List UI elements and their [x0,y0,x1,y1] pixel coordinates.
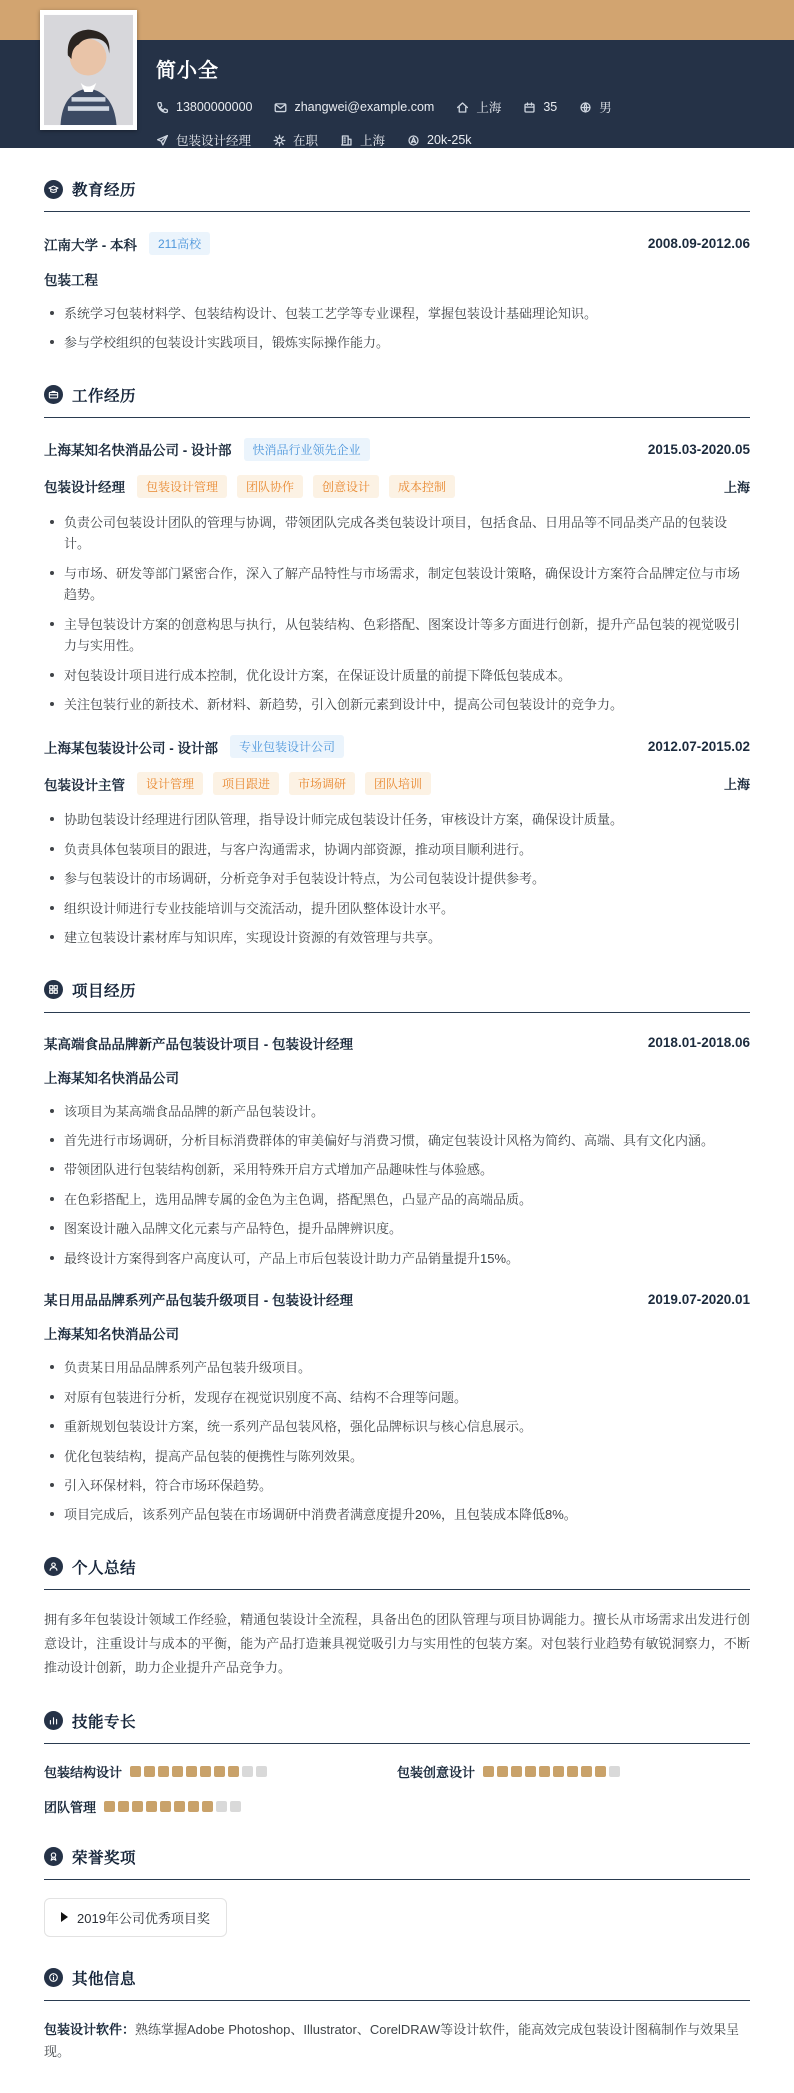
job-title: 包装设计主管 [44,774,125,794]
bullet: 负责具体包装项目的跟进，与客户沟通需求，协调内部资源，推动项目顺利进行。 [44,839,750,860]
skill-square-empty [609,1766,620,1777]
keyword-tags: 设计管理 项目跟进 市场调研 团队培训 [137,772,431,795]
email-item: zhangwei@example.com [274,100,434,114]
work-location: 上海 [724,477,750,496]
status-icon [273,134,286,147]
project-entry: 某日用品品牌系列产品包装升级项目 - 包装设计经理 2019.07-2020.0… [44,1289,750,1526]
bullet: 项目完成后，该系列产品包装在市场调研中消费者满意度提升20%，且包装成本降低8%… [44,1504,750,1525]
keyword-tag: 设计管理 [137,772,203,795]
project-company: 上海某知名快消品公司 [44,1323,179,1343]
keyword-tag: 成本控制 [389,475,455,498]
candidate-name: 简小全 [156,54,754,83]
skill-name: 包装结构设计 [44,1762,122,1781]
position-value: 包装设计经理 [176,131,251,149]
briefcase-icon [44,385,63,404]
skill-square-filled [160,1801,171,1812]
bullet: 建立包装设计素材库与知识库，实现设计资源的有效管理与共享。 [44,927,750,948]
work-date: 2012.07-2015.02 [648,739,750,754]
avatar [40,10,137,130]
skill-square-empty [216,1801,227,1812]
company-name: 上海某包装设计公司 - 设计部 [44,737,218,757]
skill-square-filled [228,1766,239,1777]
company-tag: 快消品行业领先企业 [244,438,370,461]
medal-icon [44,1847,63,1866]
skill-square-filled [172,1766,183,1777]
project-bullets: 负责某日用品品牌系列产品包装升级项目。 对原有包装进行分析，发现存在视觉识别度不… [44,1357,750,1526]
bullet: 与市场、研发等部门紧密合作，深入了解产品特性与市场需求，制定包装设计策略，确保设… [44,563,750,606]
section-title: 其他信息 [72,1967,136,1989]
job-title: 包装设计经理 [44,476,125,496]
project-company: 上海某知名快消品公司 [44,1067,179,1087]
keyword-tag: 创意设计 [313,475,379,498]
keyword-tag: 包装设计管理 [137,475,227,498]
section-projects-header: 项目经历 [44,979,750,1013]
salary-value: 20k-25k [427,133,471,147]
bullet: 主导包装设计方案的创意构思与执行，从包装结构、色彩搭配、图案设计等多方面进行创新… [44,614,750,657]
skill-square-filled [186,1766,197,1777]
person-icon [44,1557,63,1576]
skill-square-filled [174,1801,185,1812]
salary-item: 20k-25k [407,133,471,147]
bullet: 重新规划包装设计方案，统一系列产品包装风格，强化品牌标识与核心信息展示。 [44,1416,750,1437]
skill-level-bar [130,1766,267,1777]
skill-square-filled [158,1766,169,1777]
gender-value: 男 [599,98,612,116]
bullet: 协助包装设计经理进行团队管理，指导设计师完成包装设计任务，审核设计方案，确保设计… [44,809,750,830]
phone-item: 13800000000 [156,100,252,114]
work-city-item: 上海 [340,131,385,149]
skill-square-filled [144,1766,155,1777]
skill-square-filled [595,1766,606,1777]
education-entry: 江南大学 - 本科 211高校 2008.09-2012.06 包装工程 系统学… [44,232,750,354]
keyword-tag: 团队协作 [237,475,303,498]
play-triangle-icon [61,1912,68,1922]
project-title: 某高端食品品牌新产品包装设计项目 - 包装设计经理 [44,1033,353,1053]
education-date: 2008.09-2012.06 [648,236,750,251]
email-icon [274,101,287,114]
project-entry: 某高端食品品牌新产品包装设计项目 - 包装设计经理 2018.01-2018.0… [44,1033,750,1270]
skill-square-filled [525,1766,536,1777]
project-grid-icon [44,980,63,999]
other-info-line: 包装设计软件：熟练掌握Adobe Photoshop、Illustrator、C… [44,2019,750,2063]
project-date: 2019.07-2020.01 [648,1292,750,1307]
gender-item: 男 [579,98,612,116]
skill-square-filled [581,1766,592,1777]
status-value: 在职 [293,131,318,149]
section-title: 项目经历 [72,979,136,1001]
keyword-tags: 包装设计管理 团队协作 创意设计 成本控制 [137,475,455,498]
bullet: 负责公司包装设计团队的管理与协调，带领团队完成各类包装设计项目，包括食品、日用品… [44,512,750,555]
summary-paragraph: 拥有多年包装设计领域工作经验，精通包装设计全流程，具备出色的团队管理与项目协调能… [44,1608,750,1680]
skill-item: 包装结构设计 [44,1762,397,1781]
phone-value: 13800000000 [176,100,252,114]
skill-level-bar [104,1801,241,1812]
section-summary-header: 个人总结 [44,1556,750,1590]
skill-item: 包装创意设计 [397,1762,750,1781]
skill-square-filled [188,1801,199,1812]
skill-square-filled [132,1801,143,1812]
email-value: zhangwei@example.com [294,100,434,114]
age-value: 35 [543,100,557,114]
section-other-header: 其他信息 [44,1967,750,2001]
company-name: 上海某知名快消品公司 - 设计部 [44,439,232,459]
skill-square-filled [130,1766,141,1777]
bullet: 关注包装行业的新技术、新材料、新趋势，引入创新元素到设计中，提高公司包装设计的竞… [44,694,750,715]
skill-square-filled [483,1766,494,1777]
work-entry: 上海某知名快消品公司 - 设计部 快消品行业领先企业 2015.03-2020.… [44,438,750,716]
work-bullets: 负责公司包装设计团队的管理与协调，带领团队完成各类包装设计项目，包括食品、日用品… [44,512,750,716]
project-title: 某日用品品牌系列产品包装升级项目 - 包装设计经理 [44,1289,353,1309]
bullet: 对原有包装进行分析，发现存在视觉识别度不高、结构不合理等问题。 [44,1387,750,1408]
work-bullets: 协助包装设计经理进行团队管理，指导设计师完成包装设计任务，审核设计方案，确保设计… [44,809,750,948]
skill-square-filled [511,1766,522,1777]
bullet: 参与包装设计的市场调研，分析竞争对手包装设计特点，为公司包装设计提供参考。 [44,868,750,889]
resume-header: 简小全 13800000000 zhangwei@example.com 上海 … [0,40,794,148]
section-title: 技能专长 [72,1710,136,1732]
major: 包装工程 [44,269,98,289]
project-date: 2018.01-2018.06 [648,1035,750,1050]
skill-square-filled [104,1801,115,1812]
bullet: 首先进行市场调研，分析目标消费群体的审美偏好与消费习惯，确定包装设计风格为简约、… [44,1130,750,1151]
phone-icon [156,101,169,114]
contact-row-2: 包装设计经理 在职 上海 20k-25k [156,131,754,149]
bullet: 负责某日用品品牌系列产品包装升级项目。 [44,1357,750,1378]
project-bullets: 该项目为某高端食品品牌的新产品包装设计。 首先进行市场调研，分析目标消费群体的审… [44,1101,750,1270]
work-entry: 上海某包装设计公司 - 设计部 专业包装设计公司 2012.07-2015.02… [44,735,750,948]
bullet: 系统学习包装材料学、包装结构设计、包装工艺学等专业课程，掌握包装设计基础理论知识… [44,303,750,324]
skills-grid: 包装结构设计 包装创意设计 团队管理 [44,1762,750,1816]
bullet: 对包装设计项目进行成本控制，优化设计方案，在保证设计质量的前提下降低包装成本。 [44,665,750,686]
skill-square-filled [118,1801,129,1812]
skill-square-filled [497,1766,508,1777]
section-title: 工作经历 [72,384,136,406]
other-info-label: 包装设计软件： [44,2022,135,2037]
skill-square-filled [214,1766,225,1777]
bullet: 优化包装结构，提高产品包装的便携性与陈列效果。 [44,1446,750,1467]
section-skills-header: 技能专长 [44,1710,750,1744]
bullet: 带领团队进行包装结构创新，采用特殊开启方式增加产品趣味性与体验感。 [44,1159,750,1180]
section-education-header: 教育经历 [44,178,750,212]
age-icon [523,101,536,114]
keyword-tag: 市场调研 [289,772,355,795]
education-bullets: 系统学习包装材料学、包装结构设计、包装工艺学等专业课程，掌握包装设计基础理论知识… [44,303,750,354]
keyword-tag: 团队培训 [365,772,431,795]
salary-icon [407,134,420,147]
skill-chart-icon [44,1711,63,1730]
skill-name: 团队管理 [44,1797,96,1816]
bullet: 在色彩搭配上，选用品牌专属的金色为主色调，搭配黑色，凸显产品的高端品质。 [44,1189,750,1210]
bullet: 图案设计融入品牌文化元素与产品特色，提升品牌辨识度。 [44,1218,750,1239]
skill-square-filled [553,1766,564,1777]
honor-label: 2019年公司优秀项目奖 [77,1908,210,1927]
skill-square-empty [230,1801,241,1812]
age-item: 35 [523,100,557,114]
contact-row-1: 13800000000 zhangwei@example.com 上海 35 男 [156,98,754,116]
skill-square-filled [567,1766,578,1777]
skill-name: 包装创意设计 [397,1762,475,1781]
work-date: 2015.03-2020.05 [648,442,750,457]
bullet: 该项目为某高端食品品牌的新产品包装设计。 [44,1101,750,1122]
skill-square-filled [200,1766,211,1777]
skill-square-filled [202,1801,213,1812]
work-city-value: 上海 [360,131,385,149]
info-ribbon-icon [44,1968,63,1987]
section-work-header: 工作经历 [44,384,750,418]
position-item: 包装设计经理 [156,131,251,149]
section-honors-header: 荣誉奖项 [44,1846,750,1880]
status-item: 在职 [273,131,318,149]
keyword-tag: 项目跟进 [213,772,279,795]
other-info-text: 熟练掌握Adobe Photoshop、Illustrator、CorelDRA… [44,2022,739,2059]
bullet: 引入环保材料，符合市场环保趋势。 [44,1475,750,1496]
home-city-item: 上海 [456,98,501,116]
section-title: 荣誉奖项 [72,1846,136,1868]
home-city-value: 上海 [476,98,501,116]
position-icon [156,134,169,147]
bullet: 参与学校组织的包装设计实践项目，锻炼实际操作能力。 [44,332,750,353]
graduation-cap-icon [44,180,63,199]
skill-square-empty [242,1766,253,1777]
resume-body: 教育经历 江南大学 - 本科 211高校 2008.09-2012.06 包装工… [0,178,794,2093]
skill-square-filled [146,1801,157,1812]
skill-square-filled [539,1766,550,1777]
honor-award-button[interactable]: 2019年公司优秀项目奖 [44,1898,227,1937]
company-tag: 专业包装设计公司 [230,735,344,758]
school-degree: 江南大学 - 本科 [44,234,137,254]
section-title: 个人总结 [72,1556,136,1578]
section-title: 教育经历 [72,178,136,200]
skill-level-bar [483,1766,620,1777]
bullet: 组织设计师进行专业技能培训与交流活动，提升团队整体设计水平。 [44,898,750,919]
skill-square-empty [256,1766,267,1777]
home-icon [456,101,469,114]
bullet: 最终设计方案得到客户高度认可，产品上市后包装设计助力产品销量提升15%。 [44,1248,750,1269]
skill-item: 团队管理 [44,1797,397,1816]
city-icon [340,134,353,147]
avatar-image [44,14,133,126]
work-location: 上海 [724,774,750,793]
gender-icon [579,101,592,114]
school-tag: 211高校 [149,232,210,255]
